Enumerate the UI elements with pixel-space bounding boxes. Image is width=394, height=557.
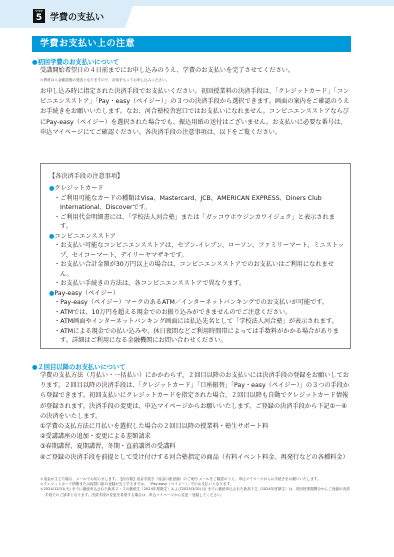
notice-box-title: 【各決済手段の注意事項】 [49, 171, 123, 180]
bullet-item: ・ATM画面やインターネットバンキング画面には払込先名として「学校法人河合塾」が… [49, 317, 345, 327]
bullet-item: ・ご利用代金明細書には、「学校法人河合塾」または「ガッコウホウジンカワイジュク」… [49, 213, 345, 232]
header-white-area [125, 6, 394, 28]
first-payment-heading: ●初回学費のお支払いについて [32, 57, 119, 66]
second-payment-list: ①学費の支払方法に月払いを選択した場合の２回目以降の授業料・塾生サポート料 ②受… [40, 422, 352, 463]
bullet-item: ・お支払い合計金額が30万円以上の場合は、コンビニエンスストアでのお支払いはご利… [49, 260, 345, 279]
bullet-item: ・ATMでは、10万円を超える現金でのお振り込みができませんのでご注意ください。 [49, 308, 345, 318]
first-payment-body: お申し込み時に指定された決済手段でお支払いください。初回授業料の決済手段は、「ク… [40, 87, 352, 138]
notice-box-content: ●クレジットカード ・ご利用可能なカードの種類はVisa、Mastercard、… [49, 184, 345, 346]
bullet-item: ・ATMによる現金での払い込みや、休日夜間などご利用時間帯によっては手数料がかか… [49, 327, 345, 346]
second-payment-body: 学費の支払方法（月払い・一括払い）にかかわらず、２回目以降のお支払いには決済手段… [40, 371, 352, 422]
list-item: ④ご登録の決済手段を前提として受け付けする河合塾指定の商品（有料イベント料金、再… [40, 453, 352, 463]
category-pay-easy: ●Pay-easy（ペイジー） [49, 289, 345, 299]
category-convenience-store: ●コンビニエンスストア [49, 232, 345, 242]
category-credit-card: ●クレジットカード [49, 184, 345, 194]
section-title: 学費お支払い上の注意 [32, 36, 351, 52]
bullet-item: ・Pay-easy（ペイジー）マークのあるATM／インターネットバンキングでのお… [49, 298, 345, 308]
footnote: ＊2024/12/31(火) までに継続申込された新高２・３の継続生（2024年… [40, 487, 352, 497]
notice-box: 【各決済手段の注意事項】 ●クレジットカード ・ご利用可能なカードの種類はVis… [40, 163, 351, 349]
second-payment-heading: ●２回目以降のお支払いについて [32, 362, 126, 371]
step-badge: STEP 5 [33, 9, 45, 23]
page-title: 学費の支払い [50, 10, 104, 23]
bullet-item: ・お支払い可能なコンビニエンスストアは、セブン-イレブン、ローソン、ファミリーマ… [49, 241, 345, 260]
footnotes: ＊返金が生じた場合、メールでお知らせします。【河合塾】返金手続き（返金口座登録）… [40, 477, 352, 498]
list-item: ①学費の支払方法に月払いを選択した場合の２回目以降の授業料・塾生サポート料 [40, 422, 352, 432]
first-payment-lead: 受講開始希望日の４日前までにお申し込みのうえ、学費のお支払いを完了させてください… [40, 66, 352, 76]
list-item: ②受講講座の追加・変更による差額請求 [40, 432, 352, 442]
step-number: 5 [33, 13, 45, 23]
bullet-item: ・お支払い手続きの方法は、各コンビニエンスストアで異なります。 [49, 279, 345, 289]
list-item: ③春期講習、夏期講習、冬期・直前講習の受講料 [40, 442, 352, 452]
bullet-item: ・ご利用可能なカードの種類はVisa、Mastercard、JCB、AMERIC… [49, 194, 345, 213]
first-payment-note: ＊教材は入金確認後の発送となりますので、余裕をもってお申し込みください。 [40, 78, 352, 83]
